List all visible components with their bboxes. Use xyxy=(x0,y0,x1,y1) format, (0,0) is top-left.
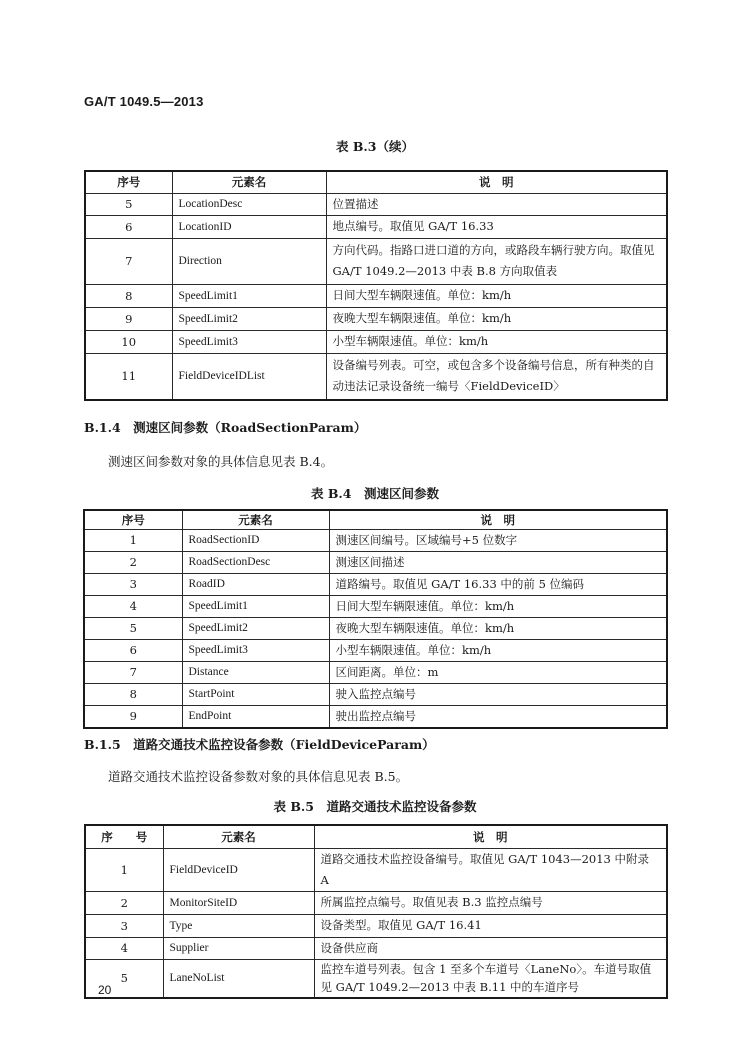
row-description: 小型车辆限速值。单位：km/h xyxy=(326,330,667,353)
table-row: 4 Supplier 设备供应商 xyxy=(85,937,667,959)
table-row: 3 RoadID 道路编号。取值见 GA/T 16.33 中的前 5 位编码 xyxy=(84,573,667,595)
table-row: 2 RoadSectionDesc 测速区间描述 xyxy=(84,551,667,573)
row-element-name: Supplier xyxy=(163,937,314,959)
table-b4: 序号 元素名 说 明 1 RoadSectionID 测速区间编号。区域编号+5… xyxy=(83,509,668,729)
page-number: 20 xyxy=(98,983,111,997)
row-description: 测速区间编号。区域编号+5 位数字 xyxy=(329,529,667,551)
table-row: 8 SpeedLimit1 日间大型车辆限速值。单位：km/h xyxy=(85,284,667,307)
table-b5: 序 号 元素名 说 明 1 FieldDeviceID 道路交通技术监控设备编号… xyxy=(84,824,668,999)
column-header-num: 序 号 xyxy=(85,825,163,848)
table-row: 5 LocationDesc 位置描述 xyxy=(85,193,667,215)
row-description: 设备类型。取值见 GA/T 16.41 xyxy=(314,914,667,937)
row-description: 日间大型车辆限速值。单位：km/h xyxy=(326,284,667,307)
row-description: 夜晚大型车辆限速值。单位：km/h xyxy=(326,307,667,330)
table-row: 9 EndPoint 驶出监控点编号 xyxy=(84,705,667,728)
row-num: 10 xyxy=(85,330,172,353)
row-num: 9 xyxy=(84,705,182,728)
table-row: 6 LocationID 地点编号。取值见 GA/T 16.33 xyxy=(85,215,667,238)
row-num: 9 xyxy=(85,307,172,330)
row-num: 7 xyxy=(85,238,172,284)
row-num: 1 xyxy=(85,848,163,891)
row-description: 区间距离。单位：m xyxy=(329,661,667,683)
row-num: 6 xyxy=(85,215,172,238)
row-description: 方向代码。指路口进口道的方向，或路段车辆行驶方向。取值见 GA/T 1049.2… xyxy=(326,238,667,284)
row-description: 道路交通技术监控设备编号。取值见 GA/T 1043—2013 中附录 A xyxy=(314,848,667,891)
row-description: 地点编号。取值见 GA/T 16.33 xyxy=(326,215,667,238)
row-element-name: RoadID xyxy=(182,573,329,595)
table-row: 8 StartPoint 驶入监控点编号 xyxy=(84,683,667,705)
table-row: 7 Distance 区间距离。单位：m xyxy=(84,661,667,683)
column-header-name: 元素名 xyxy=(182,510,329,529)
row-num: 6 xyxy=(84,639,182,661)
row-description: 小型车辆限速值。单位：km/h xyxy=(329,639,667,661)
row-element-name: Direction xyxy=(172,238,326,284)
row-element-name: FieldDeviceID xyxy=(163,848,314,891)
column-header-num: 序号 xyxy=(84,510,182,529)
row-element-name: LocationDesc xyxy=(172,193,326,215)
section-heading-b15: B.1.5 道路交通技术监控设备参数（FieldDeviceParam） xyxy=(84,735,435,753)
row-description: 设备编号列表。可空，或包含多个设备编号信息，所有种类的自动违法记录设备统一编号〈… xyxy=(326,353,667,400)
table-row: 2 MonitorSiteID 所属监控点编号。取值见表 B.3 监控点编号 xyxy=(85,891,667,914)
row-num: 3 xyxy=(84,573,182,595)
row-element-name: Distance xyxy=(182,661,329,683)
row-element-name: EndPoint xyxy=(182,705,329,728)
document-id: GA/T 1049.5—2013 xyxy=(84,94,204,109)
row-element-name: FieldDeviceIDList xyxy=(172,353,326,400)
row-num: 2 xyxy=(85,891,163,914)
row-num: 11 xyxy=(85,353,172,400)
row-num: 8 xyxy=(84,683,182,705)
row-description: 所属监控点编号。取值见表 B.3 监控点编号 xyxy=(314,891,667,914)
row-description: 驶入监控点编号 xyxy=(329,683,667,705)
row-num: 2 xyxy=(84,551,182,573)
table-b5-caption: 表 B.5 道路交通技术监控设备参数 xyxy=(0,797,750,815)
table-header-row: 序 号 元素名 说 明 xyxy=(85,825,667,848)
table-b4-caption: 表 B.4 测速区间参数 xyxy=(0,484,750,502)
table-row: 5 LaneNoList 监控车道号列表。包含 1 至多个车道号〈LaneNo〉… xyxy=(85,959,667,998)
row-element-name: LaneNoList xyxy=(163,959,314,998)
column-header-name: 元素名 xyxy=(163,825,314,848)
row-description: 驶出监控点编号 xyxy=(329,705,667,728)
table-header-row: 序号 元素名 说 明 xyxy=(84,510,667,529)
table-row: 1 FieldDeviceID 道路交通技术监控设备编号。取值见 GA/T 10… xyxy=(85,848,667,891)
table-row: 10 SpeedLimit3 小型车辆限速值。单位：km/h xyxy=(85,330,667,353)
section-paragraph-b14: 测速区间参数对象的具体信息见表 B.4。 xyxy=(108,452,333,470)
row-element-name: SpeedLimit3 xyxy=(182,639,329,661)
section-heading-b14: B.1.4 测速区间参数（RoadSectionParam） xyxy=(84,418,366,436)
row-num: 1 xyxy=(84,529,182,551)
row-description: 设备供应商 xyxy=(314,937,667,959)
row-element-name: SpeedLimit3 xyxy=(172,330,326,353)
row-num: 5 xyxy=(85,193,172,215)
row-num: 5 xyxy=(84,617,182,639)
column-header-desc: 说 明 xyxy=(314,825,667,848)
row-num: 4 xyxy=(84,595,182,617)
row-element-name: LocationID xyxy=(172,215,326,238)
row-element-name: RoadSectionDesc xyxy=(182,551,329,573)
table-row: 1 RoadSectionID 测速区间编号。区域编号+5 位数字 xyxy=(84,529,667,551)
row-description: 道路编号。取值见 GA/T 16.33 中的前 5 位编码 xyxy=(329,573,667,595)
row-description: 位置描述 xyxy=(326,193,667,215)
row-element-name: RoadSectionID xyxy=(182,529,329,551)
row-description: 夜晚大型车辆限速值。单位：km/h xyxy=(329,617,667,639)
row-description: 监控车道号列表。包含 1 至多个车道号〈LaneNo〉。车道号取值见 GA/T … xyxy=(314,959,667,998)
column-header-num: 序号 xyxy=(85,171,172,193)
row-element-name: Type xyxy=(163,914,314,937)
column-header-desc: 说 明 xyxy=(326,171,667,193)
row-element-name: SpeedLimit1 xyxy=(182,595,329,617)
row-element-name: StartPoint xyxy=(182,683,329,705)
table-row: 5 SpeedLimit2 夜晚大型车辆限速值。单位：km/h xyxy=(84,617,667,639)
table-b3-caption: 表 B.3（续） xyxy=(0,137,750,155)
table-row: 11 FieldDeviceIDList 设备编号列表。可空，或包含多个设备编号… xyxy=(85,353,667,400)
row-num: 7 xyxy=(84,661,182,683)
table-b3: 序号 元素名 说 明 5 LocationDesc 位置描述 6 Locatio… xyxy=(84,170,668,401)
row-element-name: SpeedLimit2 xyxy=(172,307,326,330)
table-header-row: 序号 元素名 说 明 xyxy=(85,171,667,193)
column-header-name: 元素名 xyxy=(172,171,326,193)
row-description: 日间大型车辆限速值。单位：km/h xyxy=(329,595,667,617)
row-num: 3 xyxy=(85,914,163,937)
table-row: 3 Type 设备类型。取值见 GA/T 16.41 xyxy=(85,914,667,937)
row-num: 5 xyxy=(85,959,163,998)
row-element-name: MonitorSiteID xyxy=(163,891,314,914)
table-row: 4 SpeedLimit1 日间大型车辆限速值。单位：km/h xyxy=(84,595,667,617)
row-num: 8 xyxy=(85,284,172,307)
table-row: 7 Direction 方向代码。指路口进口道的方向，或路段车辆行驶方向。取值见… xyxy=(85,238,667,284)
table-row: 9 SpeedLimit2 夜晚大型车辆限速值。单位：km/h xyxy=(85,307,667,330)
row-element-name: SpeedLimit2 xyxy=(182,617,329,639)
row-description: 测速区间描述 xyxy=(329,551,667,573)
section-paragraph-b15: 道路交通技术监控设备参数对象的具体信息见表 B.5。 xyxy=(108,767,408,785)
table-row: 6 SpeedLimit3 小型车辆限速值。单位：km/h xyxy=(84,639,667,661)
row-element-name: SpeedLimit1 xyxy=(172,284,326,307)
column-header-desc: 说 明 xyxy=(329,510,667,529)
row-num: 4 xyxy=(85,937,163,959)
